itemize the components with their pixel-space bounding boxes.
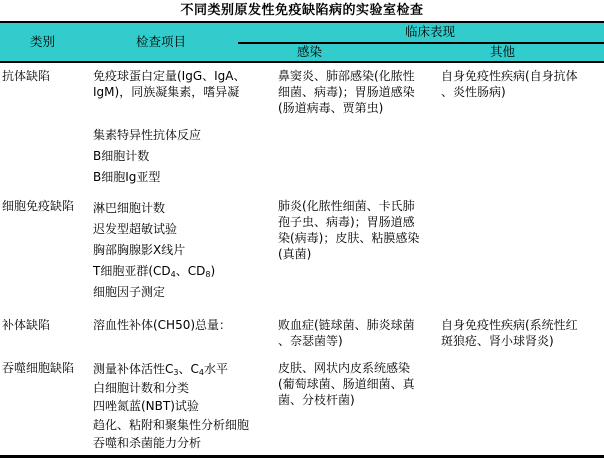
header-tests: 检查项目 [136, 35, 186, 49]
row-category: 抗体缺陷 [2, 68, 50, 84]
test-item: IgM)，同族凝集素，嗜异凝 [93, 84, 246, 100]
other-line: 斑狼疮、肾小球肾炎) [441, 333, 578, 349]
infection-line: 细菌、病毒)；胃肠道感染 [278, 84, 415, 100]
infection-line: 孢子虫、病毒)；胃肠道感 [278, 214, 419, 230]
test-item: 迟发型超敏试验 [93, 219, 215, 240]
infection-line: 皮肤、网状内皮系统感染 [278, 360, 415, 376]
test-item: 集素特异性抗体反应 [93, 127, 246, 143]
test-item: 溶血性补体(CH50)总量： [93, 317, 231, 333]
test-item: 免疫球蛋白定量(IgG、IgA、 [93, 68, 246, 84]
header-infection: 感染 [297, 45, 322, 59]
infection-line: 肺炎(化脓性细菌、卡氏肺 [278, 198, 419, 214]
test-item: B细胞计数 [93, 148, 246, 164]
header-other: 其他 [490, 45, 515, 59]
infection-line: (真菌) [278, 246, 419, 262]
test-item: 测量补体活性C3、C4水平 [93, 360, 249, 379]
row-other: 自身免疫性疾病(自身抗体 、炎性肠病) [441, 68, 578, 100]
header-clinical: 临床表现 [405, 25, 455, 39]
row-category: 细胞免疫缺陷 [2, 198, 74, 214]
row-infection: 皮肤、网状内皮系统感染 (葡萄球菌、肠道细菌、真 菌、分枝杆菌) [278, 360, 415, 408]
table-header: 类别 检查项目 临床表现 感染 其他 [0, 21, 604, 63]
infection-line: 鼻窦炎、肺部感染(化脓性 [278, 68, 415, 84]
test-item: T细胞亚群(CD4、CD8) [93, 261, 215, 282]
table-bottom-border [0, 455, 604, 458]
table-title: 不同类别原发性免疫缺陷病的实验室检查 [0, 3, 604, 18]
row-tests: 免疫球蛋白定量(IgG、IgA、 IgM)，同族凝集素，嗜异凝 集素特异性抗体反… [93, 68, 246, 185]
test-item: 细胞因子测定 [93, 282, 215, 303]
infection-line: 败血症(链球菌、肺炎球菌 [278, 317, 415, 333]
other-line: 自身免疫性疾病(自身抗体 [441, 68, 578, 84]
test-item: 吞噬和杀菌能力分析 [93, 434, 249, 453]
row-tests: 测量补体活性C3、C4水平 白细胞计数和分类 四唑氮蓝(NBT)试验 趋化、粘附… [93, 360, 249, 453]
test-item: 白细胞计数和分类 [93, 379, 249, 398]
test-item: 淋巴细胞计数 [93, 198, 215, 219]
row-infection: 鼻窦炎、肺部感染(化脓性 细菌、病毒)；胃肠道感染 (肠道病毒、贾第虫) [278, 68, 415, 116]
header-category: 类别 [30, 35, 55, 49]
test-item: 胸部胸腺影X线片 [93, 240, 215, 261]
row-infection: 败血症(链球菌、肺炎球菌 、奈瑟菌等) [278, 317, 415, 349]
other-line: 、炎性肠病) [441, 84, 578, 100]
infection-line: 染(病毒)；皮肤、粘膜感染 [278, 230, 419, 246]
row-category: 吞噬细胞缺陷 [2, 360, 74, 376]
row-other: 自身免疫性疾病(系统性红 斑狼疮、肾小球肾炎) [441, 317, 578, 349]
row-infection: 肺炎(化脓性细菌、卡氏肺 孢子虫、病毒)；胃肠道感 染(病毒)；皮肤、粘膜感染 … [278, 198, 419, 262]
row-tests: 溶血性补体(CH50)总量： [93, 317, 231, 333]
row-tests: 淋巴细胞计数 迟发型超敏试验 胸部胸腺影X线片 T细胞亚群(CD4、CD8) 细… [93, 198, 215, 303]
test-item: 趋化、粘附和聚集性分析细胞 [93, 416, 249, 435]
test-item: 四唑氮蓝(NBT)试验 [93, 397, 249, 416]
infection-line: 菌、分枝杆菌) [278, 392, 415, 408]
row-category: 补体缺陷 [2, 317, 50, 333]
infection-line: 、奈瑟菌等) [278, 333, 415, 349]
header-divider [238, 42, 604, 44]
infection-line: (葡萄球菌、肠道细菌、真 [278, 376, 415, 392]
other-line: 自身免疫性疾病(系统性红 [441, 317, 578, 333]
test-item: B细胞Ig亚型 [93, 169, 246, 185]
infection-line: (肠道病毒、贾第虫) [278, 100, 415, 116]
